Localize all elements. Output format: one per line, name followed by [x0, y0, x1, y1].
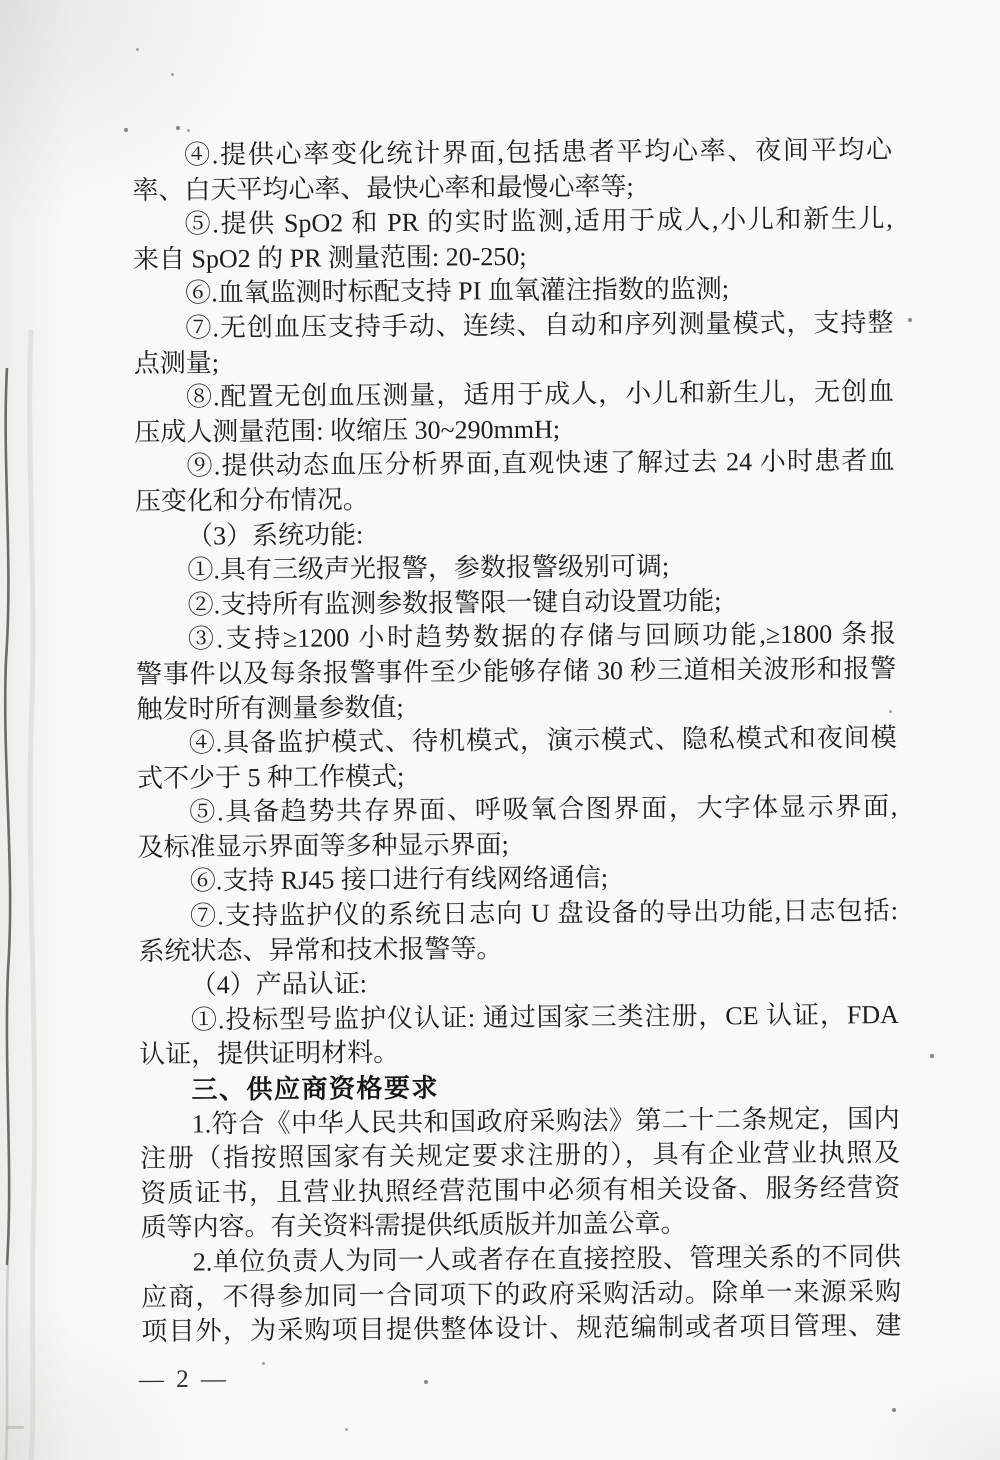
text-line: 来自 SpO2 的 PR 测量范围: 20-250;: [133, 237, 893, 278]
scan-speck: [136, 48, 139, 51]
text-line: ⑨.提供动态血压分析界面,直观快速了解过去 24 小时患者血: [134, 444, 894, 485]
text-line: 点测量;: [134, 341, 894, 382]
text-line: （3）系统功能:: [135, 514, 895, 555]
text-line: ②.支持所有监测参数报警限一键自动设置功能;: [136, 583, 896, 624]
text-line: 应商，不得参加同一合同项下的政府采购活动。除单一来源采购: [141, 1275, 901, 1316]
text-line: 率、白天平均心率、最快心率和最慢心率等;: [132, 168, 892, 209]
text-line: 压变化和分布情况。: [135, 479, 895, 520]
text-line: 质等内容。有关资料需提供纸质版并加盖公章。: [140, 1205, 900, 1246]
scan-speck: [262, 1362, 265, 1365]
text-line: ⑥.血氧监测时标配支持 PI 血氧灌注指数的监测;: [133, 271, 893, 312]
text-line: ④.具备监护模式、待机模式，演示模式、隐私模式和夜间模: [137, 721, 897, 762]
text-line: 资质证书，且营业执照经营范围中必须有相关设备、服务经营资: [140, 1171, 900, 1212]
text-line: ①.投标型号监护仪认证: 通过国家三类注册，CE 认证，FDA: [139, 998, 899, 1039]
text-line: 式不少于 5 种工作模式;: [137, 756, 897, 797]
page-number: — 2 —: [139, 1366, 229, 1395]
text-line: ⑤.具备趋势共存界面、呼吸氧合图界面，大字体显示界面,: [137, 790, 897, 831]
text-line: ④.提供心率变化统计界面,包括患者平均心率、夜间平均心: [132, 133, 892, 174]
text-line: 系统状态、异常和技术报警等。: [138, 929, 898, 970]
scan-speck: [424, 1380, 428, 1384]
text-line: ③.支持≥1200 小时趋势数据的存储与回顾功能,≥1800 条报: [136, 617, 896, 658]
scan-speck: [187, 129, 190, 132]
text-line: ⑧.配置无创血压测量，适用于成人，小儿和新生儿，无创血: [134, 375, 894, 416]
document-page: ④.提供心率变化统计界面,包括患者平均心率、夜间平均心率、白天平均心率、最快心率…: [0, 0, 1000, 1460]
scan-speck: [124, 128, 128, 132]
text-line: ①.具有三级声光报警，参数报警级别可调;: [135, 548, 895, 589]
scan-speck: [892, 1408, 896, 1412]
text-line: 1.符合《中华人民共和国政府采购法》第二十二条规定，国内: [140, 1102, 900, 1143]
text-line: 2.单位负责人为同一人或者存在直接控股、管理关系的不同供: [141, 1240, 901, 1281]
text-line: ⑦.支持监护仪的系统日志向 U 盘设备的导出功能,日志包括:: [138, 894, 898, 935]
page-edge-shadow: [0, 330, 60, 1460]
scan-speck: [908, 318, 912, 322]
text-line: 警事件以及每条报警事件至少能够存储 30 秒三道相关波形和报警: [136, 652, 896, 693]
text-line: 项目外，为采购项目提供整体设计、规范编制或者项目管理、建: [141, 1309, 901, 1350]
text-line: 认证，提供证明材料。: [139, 1032, 899, 1073]
scan-speck: [176, 126, 180, 130]
document-body: ④.提供心率变化统计界面,包括患者平均心率、夜间平均心率、白天平均心率、最快心率…: [132, 133, 901, 1350]
text-line: ⑤.提供 SpO2 和 PR 的实时监测,适用于成人,小儿和新生儿,: [133, 202, 893, 243]
text-line: 注册（指按照国家有关规定要求注册的），具有企业营业执照及: [140, 1136, 900, 1177]
text-line: 触发时所有测量参数值;: [136, 687, 896, 728]
scan-speck: [345, 1428, 348, 1431]
section-heading: 三、供应商资格要求: [139, 1067, 899, 1108]
scan-speck: [171, 73, 174, 76]
text-line: ⑦.无创血压支持手动、连续、自动和序列测量模式，支持整: [133, 306, 893, 347]
text-line: 及标准显示界面等多种显示界面;: [137, 825, 897, 866]
scan-smudge: [6, 1426, 24, 1429]
scan-speck: [930, 1054, 934, 1058]
text-line: ⑥.支持 RJ45 接口进行有线网络通信;: [138, 859, 898, 900]
text-line: （4）产品认证:: [139, 963, 899, 1004]
text-line: 压成人测量范围: 收缩压 30~290mmH;: [134, 410, 894, 451]
